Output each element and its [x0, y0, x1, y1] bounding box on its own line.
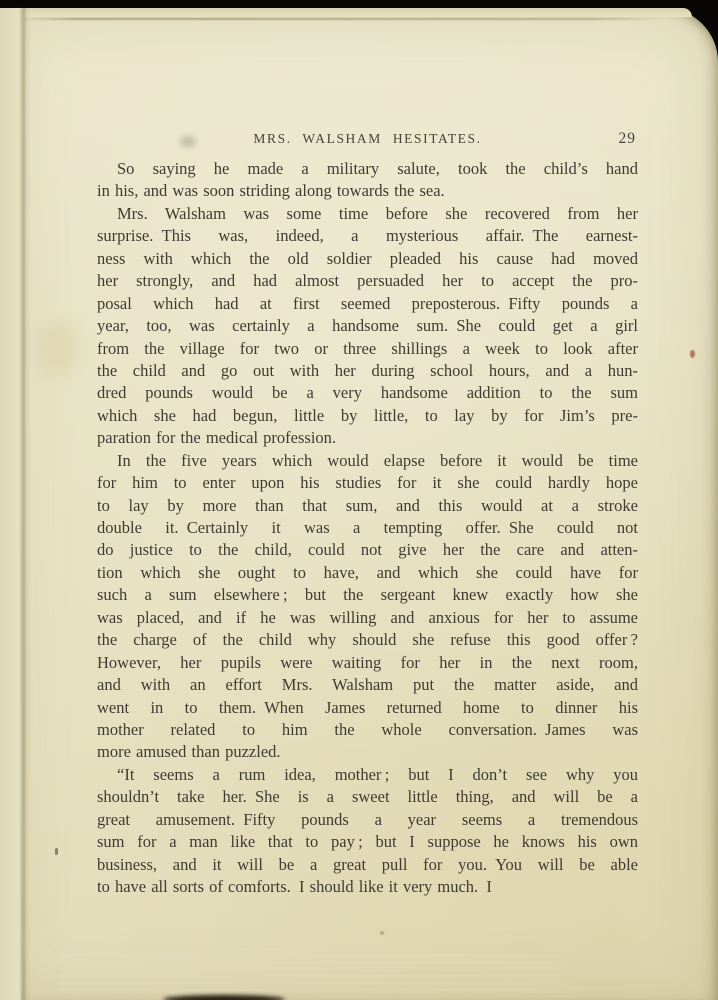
text-line: such a sum elsewhere ; but the sergeant … [97, 584, 638, 606]
text-line: business, and it will be a great pull fo… [97, 854, 638, 876]
text-line: for him to enter upon his studies for it… [97, 472, 638, 494]
text-line: surprise. This was, indeed, a mysterious… [97, 225, 638, 247]
text-line: year, too, was certainly a handsome sum.… [97, 315, 638, 337]
text-line: the child and go out with her during sch… [97, 360, 638, 382]
paragraph: Mrs. Walsham was some time before she re… [97, 203, 638, 450]
text-line: In the five years which would elapse bef… [97, 450, 638, 472]
text-line: dred pounds would be a very handsome add… [97, 382, 638, 404]
photo-background: { "document": { "header": { "running_tit… [0, 0, 718, 1000]
text-line: ness with which the old soldier pleaded … [97, 248, 638, 270]
text-line: from the village for two or three shilli… [97, 338, 638, 360]
paragraph: “It seems a rum idea, mother ; but I don… [97, 764, 638, 899]
text-line: tion which she ought to have, and which … [97, 562, 638, 584]
text-line: However, her pupils were waiting for her… [97, 652, 638, 674]
text-block: So saying he made a military salute, too… [97, 158, 638, 898]
paragraph: So saying he made a military salute, too… [97, 158, 638, 203]
text-line: her strongly, and had almost persuaded h… [97, 270, 638, 292]
text-line: and with an effort Mrs. Walsham put the … [97, 674, 638, 696]
text-line: So saying he made a military salute, too… [97, 158, 638, 180]
page-header: MRS. WALSHAM HESITATES. 29 [97, 131, 638, 151]
paragraph: In the five years which would elapse bef… [97, 450, 638, 764]
book-page: MRS. WALSHAM HESITATES. 29 So saying he … [0, 8, 718, 1000]
text-line: to lay by more than that sum, and this w… [97, 495, 638, 517]
text-line: paration for the medical profession. [97, 427, 638, 449]
text-line: do justice to the child, could not give … [97, 539, 638, 561]
text-line: was placed, and if he was willing and an… [97, 607, 638, 629]
text-line: to have all sorts of comforts. I should … [97, 876, 638, 898]
text-line: posal which had at first seemed preposte… [97, 293, 638, 315]
printed-page-content: MRS. WALSHAM HESITATES. 29 So saying he … [0, 8, 718, 1000]
text-line: shouldn’t take her. She is a sweet littl… [97, 786, 638, 808]
text-line: Mrs. Walsham was some time before she re… [97, 203, 638, 225]
text-line: sum for a man like that to pay ; but I s… [97, 831, 638, 853]
text-line: went in to them. When James returned hom… [97, 697, 638, 719]
text-line: “It seems a rum idea, mother ; but I don… [97, 764, 638, 786]
text-line: in his, and was soon striding along towa… [97, 180, 638, 202]
text-line: more amused than puzzled. [97, 741, 638, 763]
text-line: mother related to him the whole conversa… [97, 719, 638, 741]
running-title: MRS. WALSHAM HESITATES. [97, 131, 638, 147]
text-line: great amusement. Fifty pounds a year see… [97, 809, 638, 831]
page-number: 29 [619, 130, 637, 148]
text-line: the charge of the child why should she r… [97, 629, 638, 651]
text-line: double it. Certainly it was a tempting o… [97, 517, 638, 539]
text-line: which she had begun, little by little, t… [97, 405, 638, 427]
